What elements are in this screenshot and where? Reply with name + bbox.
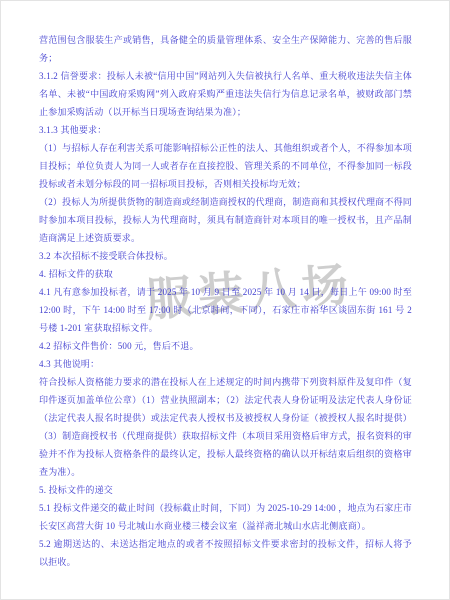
paragraph: 营范围包含服装生产或销售，具备健全的质量管理体系、安全生产保障能力、完善的售后服… xyxy=(39,31,412,67)
paragraph: （2）投标人为所提供货物的制造商或经制造商授权的代理商，制造商和其授权代理商不得… xyxy=(39,193,412,247)
paragraph: 3.1.2 信誉要求：投标人未被“信用中国”网站列入失信被执行人名单、重大税收违… xyxy=(39,67,412,121)
paragraph: 3.2 本次招标不接受联合体投标。 xyxy=(39,247,412,265)
paragraph: 5.2 逾期送达的、未送达指定地点的或者不按照招标文件要求密封的投标文件，招标人… xyxy=(39,535,412,571)
paragraph: 5.1 投标文件递交的截止时间（投标截止时间，下同）为 2025-10-29 1… xyxy=(39,499,412,535)
document-body: 营范围包含服装生产或销售，具备健全的质量管理体系、安全生产保障能力、完善的售后服… xyxy=(39,31,412,571)
paragraph: 5. 投标文件的递交 xyxy=(39,481,412,499)
paragraph: 4.3 其他说明： xyxy=(39,355,412,373)
paragraph: 4.1 凡有意参加投标者，请于 2025 年 10 月 9 日至 2025 年 … xyxy=(39,283,412,337)
paragraph: 4.2 招标文件售价：500 元，售后不退。 xyxy=(39,337,412,355)
paragraph: 符合投标人资格能力要求的潜在投标人在上述规定的时间内携带下列资料原件及复印件（复… xyxy=(39,373,412,481)
paragraph: 4. 招标文件的获取 xyxy=(39,265,412,283)
paragraph: （1）与招标人存在利害关系可能影响招标公正性的法人、其他组织或者个人，不得参加本… xyxy=(39,139,412,193)
paragraph: 3.1.3 其他要求： xyxy=(39,121,412,139)
